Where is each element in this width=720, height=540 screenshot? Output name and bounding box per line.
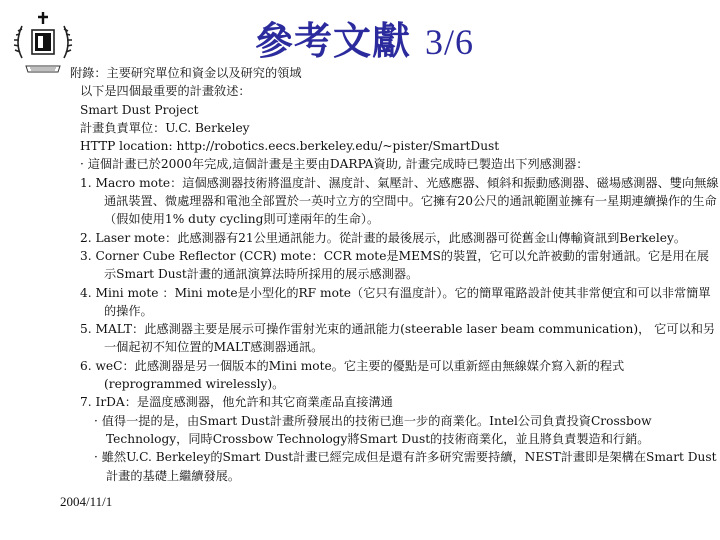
sensor-item-malt: 5. MALT：此感測器主要是展示可操作雷射光束的通訊能力(steerable … [80, 320, 720, 357]
sensor-item-macro-mote: 1. Macro mote：這個感測器技術將溫度計、濕度計、氣壓計、光感應器、傾… [80, 174, 720, 229]
intro-line: 以下是四個最重要的計畫敘述： [80, 82, 720, 100]
slide-title: 參考文獻3/6 [255, 10, 474, 60]
note-commercialization: · 值得一提的是，由Smart Dust計畫所發展出的技術已進一步的商業化。In… [80, 412, 720, 449]
project-url: HTTP location: http://robotics.eecs.berk… [80, 137, 720, 155]
university-crest-logo [8, 8, 78, 78]
project-owner: 計畫負責單位：U.C. Berkeley [80, 119, 720, 137]
sensor-item-laser-mote: 2. Laser mote：此感測器有21公里通訊能力。從計畫的最後展示，此感測… [80, 229, 720, 247]
page-indicator: 3/6 [425, 22, 474, 62]
project-summary: · 這個計畫已於2000年完成,這個計畫是主要由DARPA資助, 計畫完成時已製… [80, 155, 720, 173]
title-text: 參考文獻 [255, 19, 411, 63]
note-nest-project: · 雖然U.C. Berkeley的Smart Dust計畫已經完成但是還有許多… [80, 448, 720, 485]
sensor-item-mini-mote: 4. Mini mote ：Mini mote是小型化的RF mote（它只有溫… [80, 284, 720, 321]
sensor-item-irda: 7. IrDA：是溫度感測器，他允許和其它商業產品直接溝通 [80, 393, 720, 411]
slide-body: 附錄：主要研究單位和資金以及研究的領域 以下是四個最重要的計畫敘述： Smart… [80, 64, 720, 485]
appendix-heading: 附錄：主要研究單位和資金以及研究的領域 [70, 64, 720, 82]
project-name: Smart Dust Project [80, 101, 720, 119]
sensor-item-ccr-mote: 3. Corner Cube Reflector (CCR) mote：CCR … [80, 247, 720, 284]
slide-date: 2004/11/1 [60, 494, 112, 510]
university-crest-icon [8, 8, 78, 78]
sensor-item-wec: 6. weC：此感測器是另一個版本的Mini mote。它主要的優點是可以重新經… [80, 357, 720, 394]
